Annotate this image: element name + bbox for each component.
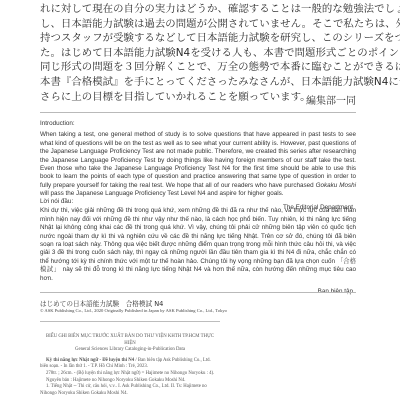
preface-line: た。はじめて日本語能力試験N4を受ける人も、本書で問題形式ごとのポイントを知り、 (40, 46, 356, 61)
section-divider (40, 112, 356, 113)
section-divider (40, 292, 356, 293)
english-intro-body: When taking a test, one general method o… (40, 131, 356, 198)
cip-entry: Kỳ thi năng lực Nhật ngữ - Đề luyện thi … (40, 358, 220, 371)
cip-data: BIỂU GHI BIÊN MỤC TRƯỚC XUẤT BẢN DO THƯ … (40, 334, 220, 397)
vietnamese-intro: Lời nói đầu: Khi dự thi, việc giải những… (40, 198, 356, 296)
preface-line: 本書『合格模試』を手にとってくださったみなさんが、日本語能力試験N4に合格し、 (40, 75, 356, 90)
vietnamese-intro-body: Khi dự thi, việc giải những đề thi trong… (40, 207, 356, 283)
preface-line: 同じ形式の問題を３回分解くことで、万全の態勢で本番に臨むことができるはずです。 (40, 60, 356, 75)
bibliography-divider (40, 321, 220, 322)
preface-line: 持つスタッフが受験するなどして日本語能力試験を研究し、このシリーズをつくりまし (40, 31, 356, 46)
book-title-italic: Gokaku Moshi (316, 182, 356, 189)
bibliography: はじめての日本語能力試験 合格模試 N4 © ASK Publishing Co… (40, 300, 356, 314)
vietnamese-intro-heading: Lời nói đầu: (40, 198, 356, 206)
preface-line: し、日本語能力試験は過去の問題が公開されていません。そこで私たちは、外国籍を (40, 17, 356, 32)
english-intro-heading: Introduction: (40, 120, 356, 128)
cip-line: 1. Tiếng Nhật -- Thi cử, câu hỏi, v.v.. … (40, 384, 220, 397)
japanese-signature: 編集部一同 (40, 95, 359, 109)
cip-line: Nguyên bản : Hajimete no Nihongo Noryoku… (40, 378, 220, 385)
cip-header: BIỂU GHI BIÊN MỤC TRƯỚC XUẤT BẢN DO THƯ … (40, 334, 220, 347)
preface-line: れに対して現在の自分の実力はどうか、確認することは一般的な勉強法でしょう。しか (40, 2, 356, 17)
book-title: はじめての日本語能力試験 合格模試 N4 (40, 300, 356, 308)
japanese-preface: れに対して現在の自分の実力はどうか、確認することは一般的な勉強法でしょう。しか … (40, 2, 356, 104)
copyright-notice: © ASK Publishing Co., Ltd., 2020 Origina… (40, 308, 356, 314)
cip-line: 278tr. ; 26cm. - (Bộ luyện thi năng lực … (40, 371, 220, 378)
cip-subheader: General Sciences Library Cataloging-in-P… (40, 347, 220, 354)
